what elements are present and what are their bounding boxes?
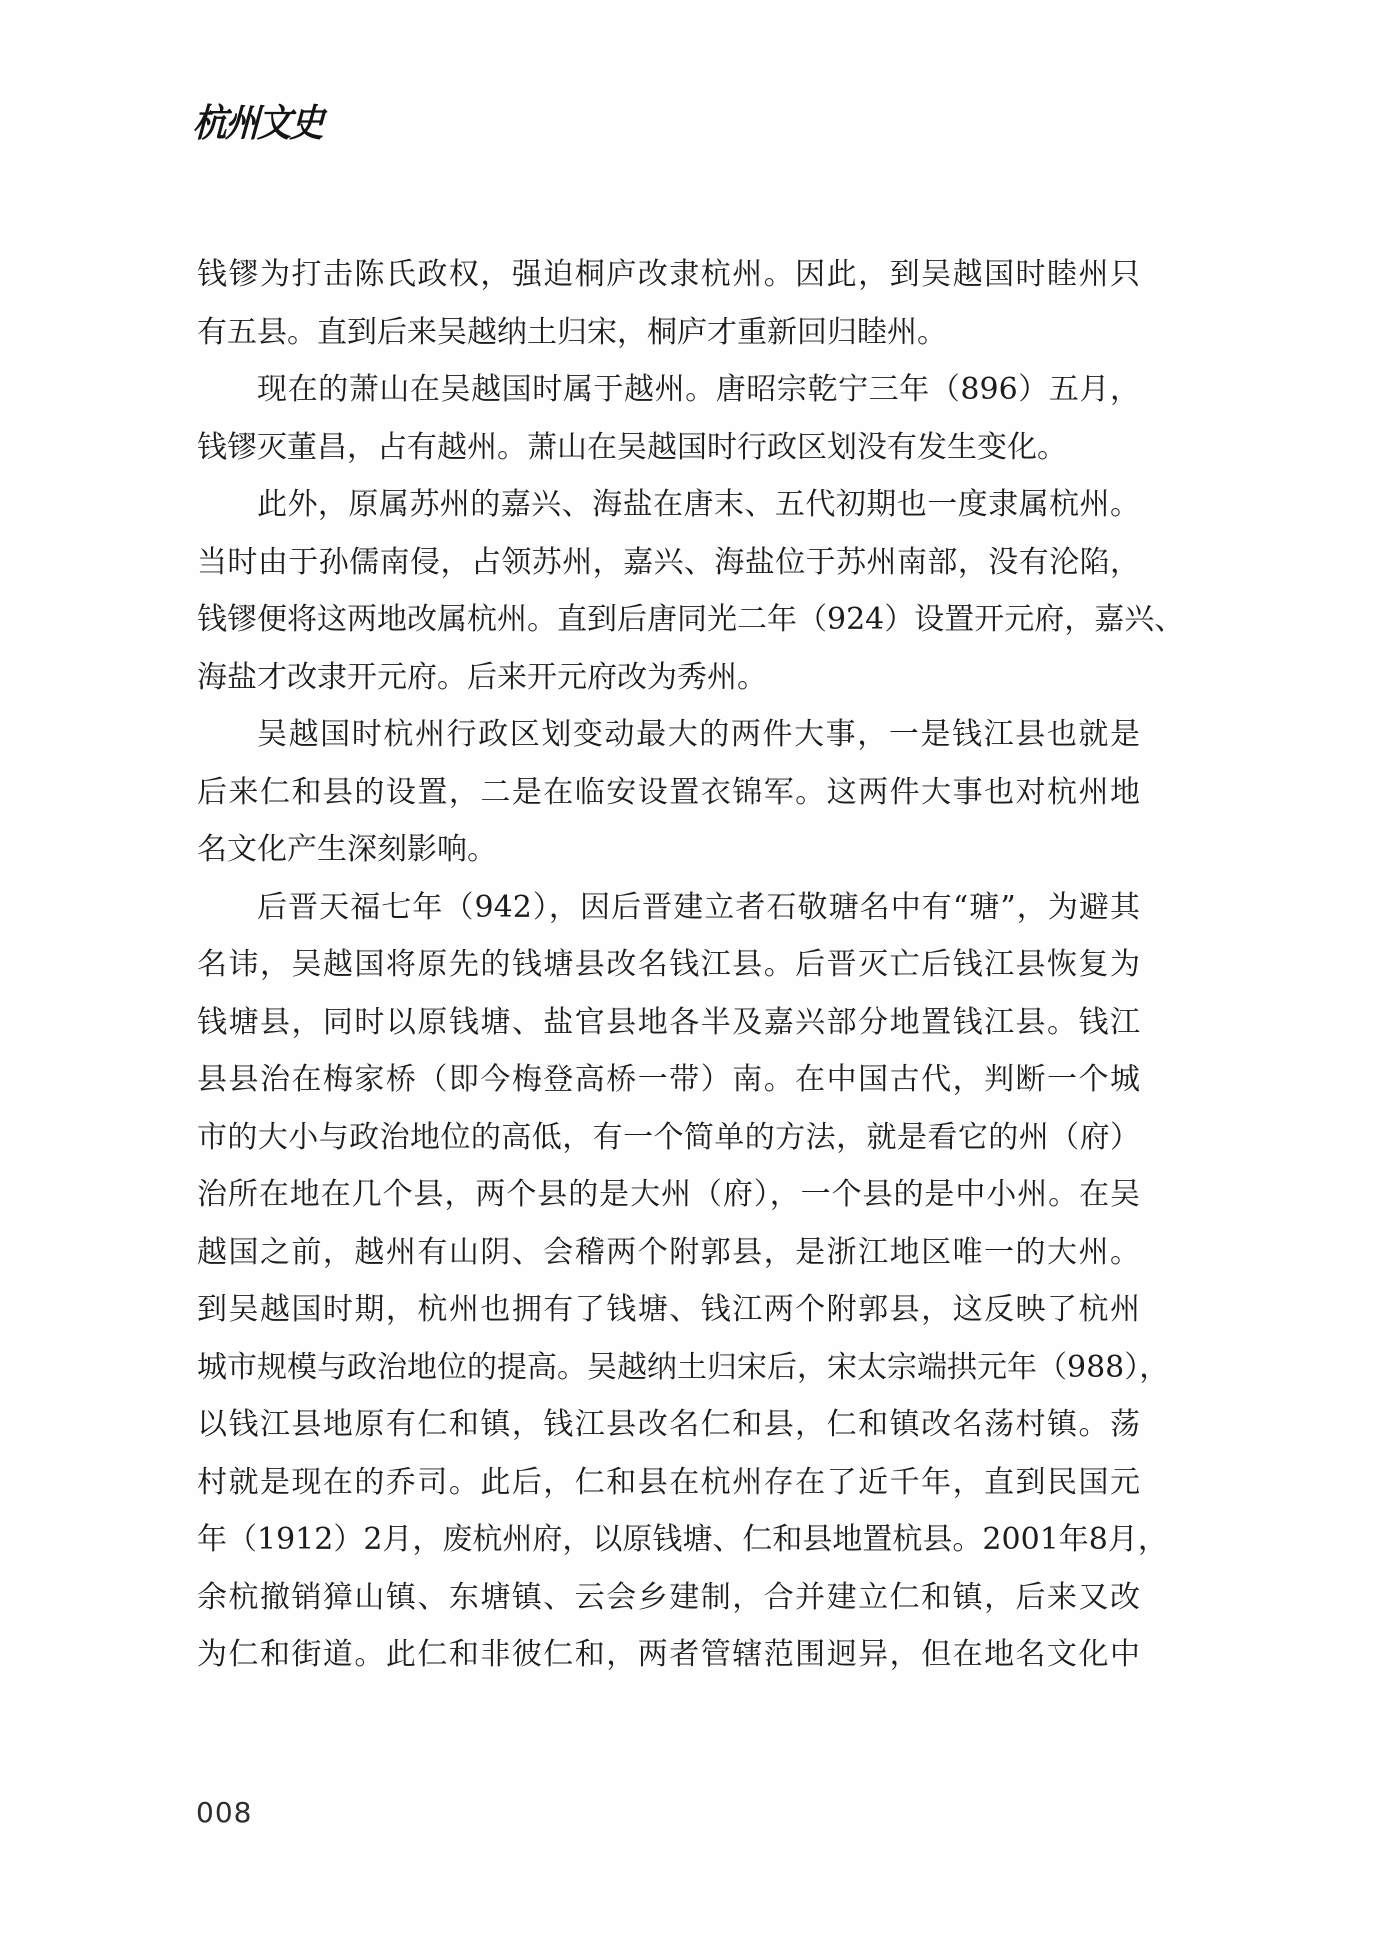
paragraph: 现在的萧山在吴越国时属于越州。唐昭宗乾宁三年（896）五月，钱镠灭董昌，占有越州… — [197, 361, 1140, 476]
text-line: 吴越国时杭州行政区划变动最大的两件大事，一是钱江县也就是 — [197, 706, 1140, 764]
text-line: 名讳，吴越国将原先的钱塘县改名钱江县。后晋灭亡后钱江县恢复为 — [197, 936, 1140, 994]
text-line: 钱镠为打击陈氏政权，强迫桐庐改隶杭州。因此，到吴越国时睦州只 — [197, 246, 1140, 304]
paragraph: 后晋天福七年（942），因后晋建立者石敬瑭名中有“瑭”，为避其名讳，吴越国将原先… — [197, 879, 1140, 1684]
text-line: 村就是现在的乔司。此后，仁和县在杭州存在了近千年，直到民国元 — [197, 1454, 1140, 1512]
text-line: 后晋天福七年（942），因后晋建立者石敬瑭名中有“瑭”，为避其 — [197, 879, 1140, 937]
text-line: 为仁和街道。此仁和非彼仁和，两者管辖范围迥异，但在地名文化中 — [197, 1626, 1140, 1684]
text-line: 现在的萧山在吴越国时属于越州。唐昭宗乾宁三年（896）五月， — [197, 361, 1140, 419]
text-line: 越国之前，越州有山阴、会稽两个附郭县，是浙江地区唯一的大州。 — [197, 1224, 1140, 1282]
text-line: 钱镠便将这两地改属杭州。直到后唐同光二年（924）设置开元府，嘉兴、 — [197, 591, 1140, 649]
text-line: 年（1912）2月，废杭州府，以原钱塘、仁和县地置杭县。2001年8月， — [197, 1511, 1140, 1569]
document-body: 钱镠为打击陈氏政权，强迫桐庐改隶杭州。因此，到吴越国时睦州只有五县。直到后来吴越… — [197, 246, 1140, 1684]
text-line: 县县治在梅家桥（即今梅登高桥一带）南。在中国古代，判断一个城 — [197, 1051, 1140, 1109]
masthead-logo: 杭州文史 — [192, 92, 324, 147]
paragraph: 吴越国时杭州行政区划变动最大的两件大事，一是钱江县也就是后来仁和县的设置，二是在… — [197, 706, 1140, 879]
paragraph: 此外，原属苏州的嘉兴、海盐在唐末、五代初期也一度隶属杭州。当时由于孙儒南侵，占领… — [197, 476, 1140, 706]
text-line: 以钱江县地原有仁和镇，钱江县改名仁和县，仁和镇改名荡村镇。荡 — [197, 1396, 1140, 1454]
text-line: 名文化产生深刻影响。 — [197, 821, 1140, 879]
text-line: 治所在地在几个县，两个县的是大州（府），一个县的是中小州。在吴 — [197, 1166, 1140, 1224]
text-line: 钱镠灭董昌，占有越州。萧山在吴越国时行政区划没有发生变化。 — [197, 419, 1140, 477]
text-line: 海盐才改隶开元府。后来开元府改为秀州。 — [197, 649, 1140, 707]
text-line: 此外，原属苏州的嘉兴、海盐在唐末、五代初期也一度隶属杭州。 — [197, 476, 1140, 534]
text-line: 钱塘县，同时以原钱塘、盐官县地各半及嘉兴部分地置钱江县。钱江 — [197, 994, 1140, 1052]
paragraph: 钱镠为打击陈氏政权，强迫桐庐改隶杭州。因此，到吴越国时睦州只有五县。直到后来吴越… — [197, 246, 1140, 361]
page-number: 008 — [196, 1796, 252, 1829]
text-line: 有五县。直到后来吴越纳土归宋，桐庐才重新回归睦州。 — [197, 304, 1140, 362]
text-line: 当时由于孙儒南侵，占领苏州，嘉兴、海盐位于苏州南部，没有沦陷， — [197, 534, 1140, 592]
text-line: 市的大小与政治地位的高低，有一个简单的方法，就是看它的州（府） — [197, 1109, 1140, 1167]
text-line: 后来仁和县的设置，二是在临安设置衣锦军。这两件大事也对杭州地 — [197, 764, 1140, 822]
text-line: 城市规模与政治地位的提高。吴越纳土归宋后，宋太宗端拱元年（988）， — [197, 1339, 1140, 1397]
text-line: 到吴越国时期，杭州也拥有了钱塘、钱江两个附郭县，这反映了杭州 — [197, 1281, 1140, 1339]
book-page: 杭州文史 钱镠为打击陈氏政权，强迫桐庐改隶杭州。因此，到吴越国时睦州只有五县。直… — [0, 0, 1386, 1938]
text-line: 余杭撤销獐山镇、东塘镇、云会乡建制，合并建立仁和镇，后来又改 — [197, 1569, 1140, 1627]
